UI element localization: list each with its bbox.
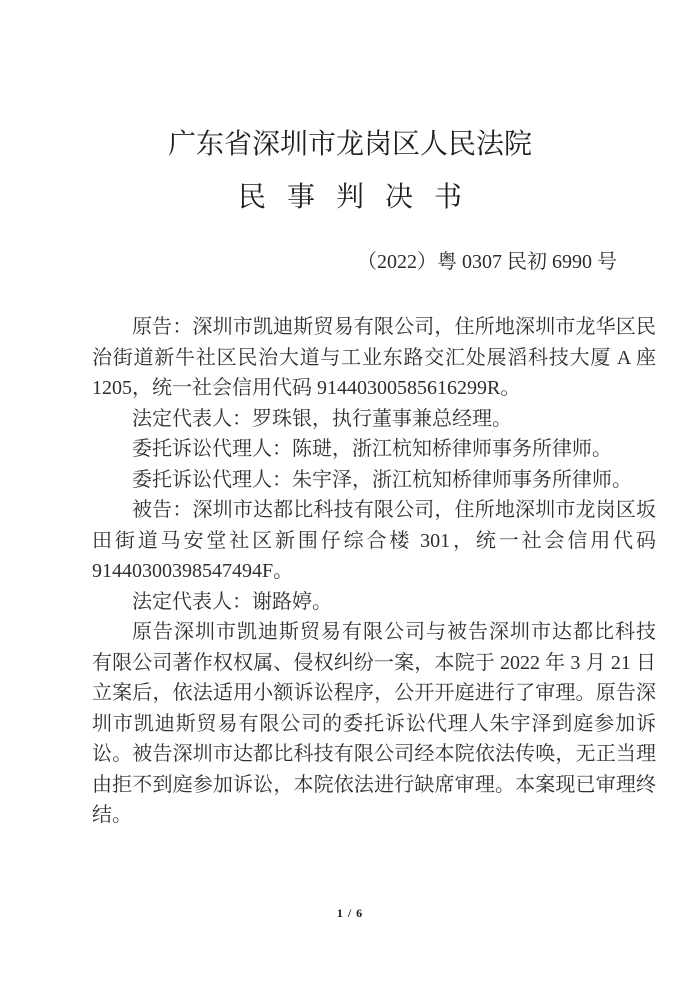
- body-line: 法定代表人：罗珠银，执行董事兼总经理。: [92, 404, 656, 435]
- court-name: 广东省深圳市龙岗区人民法院: [0, 126, 700, 164]
- body-line: 治街道新牛社区民治大道与工业东路交汇处展滔科技大厦 A 座: [92, 343, 656, 374]
- page-footer: 1 / 6: [0, 904, 700, 922]
- page-indicator: 1 / 6: [337, 906, 363, 920]
- body-line: 田街道马安堂社区新围仔综合楼 301，统一社会信用代码: [92, 526, 656, 557]
- body-line: 讼。被告深圳市达都比科技有限公司经本院依法传唤，无正当理: [92, 739, 656, 770]
- body-line: 原告深圳市凯迪斯贸易有限公司与被告深圳市达都比科技: [92, 617, 656, 648]
- body-line: 有限公司著作权权属、侵权纠纷一案，本院于 2022 年 3 月 21 日: [92, 648, 656, 679]
- document-title: 民 事 判 决 书: [0, 178, 700, 218]
- body-line: 原告：深圳市凯迪斯贸易有限公司，住所地深圳市龙华区民: [92, 312, 656, 343]
- body-line: 1205，统一社会信用代码 91440300585616299R。: [92, 373, 656, 404]
- judgment-body: 原告：深圳市凯迪斯贸易有限公司，住所地深圳市龙华区民 治街道新牛社区民治大道与工…: [92, 312, 656, 831]
- body-line: 圳市凯迪斯贸易有限公司的委托诉讼代理人朱宇泽到庭参加诉: [92, 709, 656, 740]
- judgment-page: 广东省深圳市龙岗区人民法院 民 事 判 决 书 （2022）粤 0307 民初 …: [0, 0, 700, 990]
- body-line: 91440300398547494F。: [92, 556, 656, 587]
- document-header: 广东省深圳市龙岗区人民法院 民 事 判 决 书 （2022）粤 0307 民初 …: [0, 0, 700, 276]
- body-line: 被告：深圳市达都比科技有限公司，住所地深圳市龙岗区坂: [92, 495, 656, 526]
- body-line: 结。: [92, 800, 656, 831]
- body-line: 立案后，依法适用小额诉讼程序，公开开庭进行了审理。原告深: [92, 678, 656, 709]
- body-line: 法定代表人：谢路婷。: [92, 587, 656, 618]
- body-line: 委托诉讼代理人：陈琎，浙江杭知桥律师事务所律师。: [92, 434, 656, 465]
- body-line: 委托诉讼代理人：朱宇泽，浙江杭知桥律师事务所律师。: [92, 465, 656, 496]
- case-number: （2022）粤 0307 民初 6990 号: [0, 248, 700, 276]
- body-line: 由拒不到庭参加诉讼，本院依法进行缺席审理。本案现已审理终: [92, 770, 656, 801]
